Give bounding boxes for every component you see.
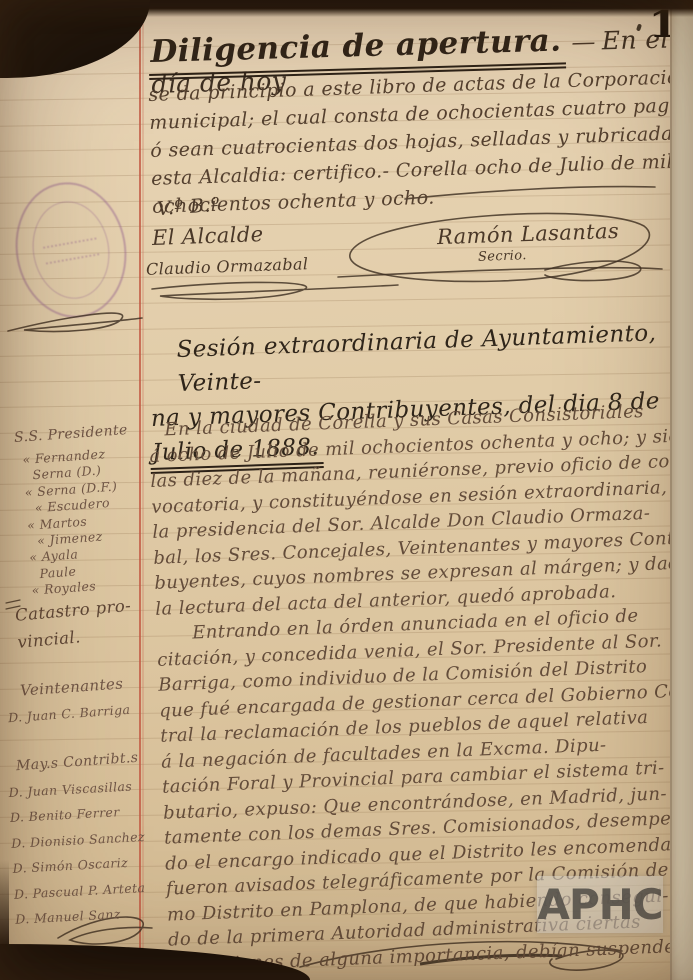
secretario-role: Secrio. — [478, 248, 527, 265]
secretario-signature: Ramón Lasantas — [408, 218, 649, 250]
manuscript-page: Diligencia de apertura.—En el día de hoy… — [0, 0, 693, 980]
page-edge-right — [670, 0, 693, 980]
photo-left-edge-shadow — [0, 860, 9, 950]
opening-title: Diligencia de apertura. — [150, 23, 562, 70]
opening-dash: — — [571, 28, 596, 57]
stamp-inner-oval — [25, 195, 117, 305]
alcalde-title: El Alcalde — [152, 222, 264, 250]
visto-bueno-label: V.º B.º — [156, 194, 221, 220]
alcalde-signature: Claudio Ormazabal — [146, 254, 309, 279]
margin-mayores-list: D. Juan ViscasillasD. Benito FerrerD. Di… — [8, 773, 150, 932]
margin-presidente-header: S.S. Presidente — [14, 422, 129, 446]
margin-mayores-header: May.s Contribt.s — [16, 750, 139, 774]
photo-corner-top-left — [0, 0, 150, 78]
margin-note-catastro: Catastro pro- vincial. — [14, 592, 135, 656]
margin-attendee-list: « FernandezSerna (D.)« Serna (D.F.)« Esc… — [22, 446, 125, 600]
aphc-watermark: APHC — [537, 876, 663, 933]
alcaldia-oval-stamp — [5, 173, 137, 326]
margin-veintenantes-header: Veintenantes — [19, 674, 123, 699]
margin-veintenante-name: D. Juan C. Barriga — [8, 702, 131, 725]
opening-paragraph: se da principio a este libro de actas de… — [148, 64, 693, 222]
